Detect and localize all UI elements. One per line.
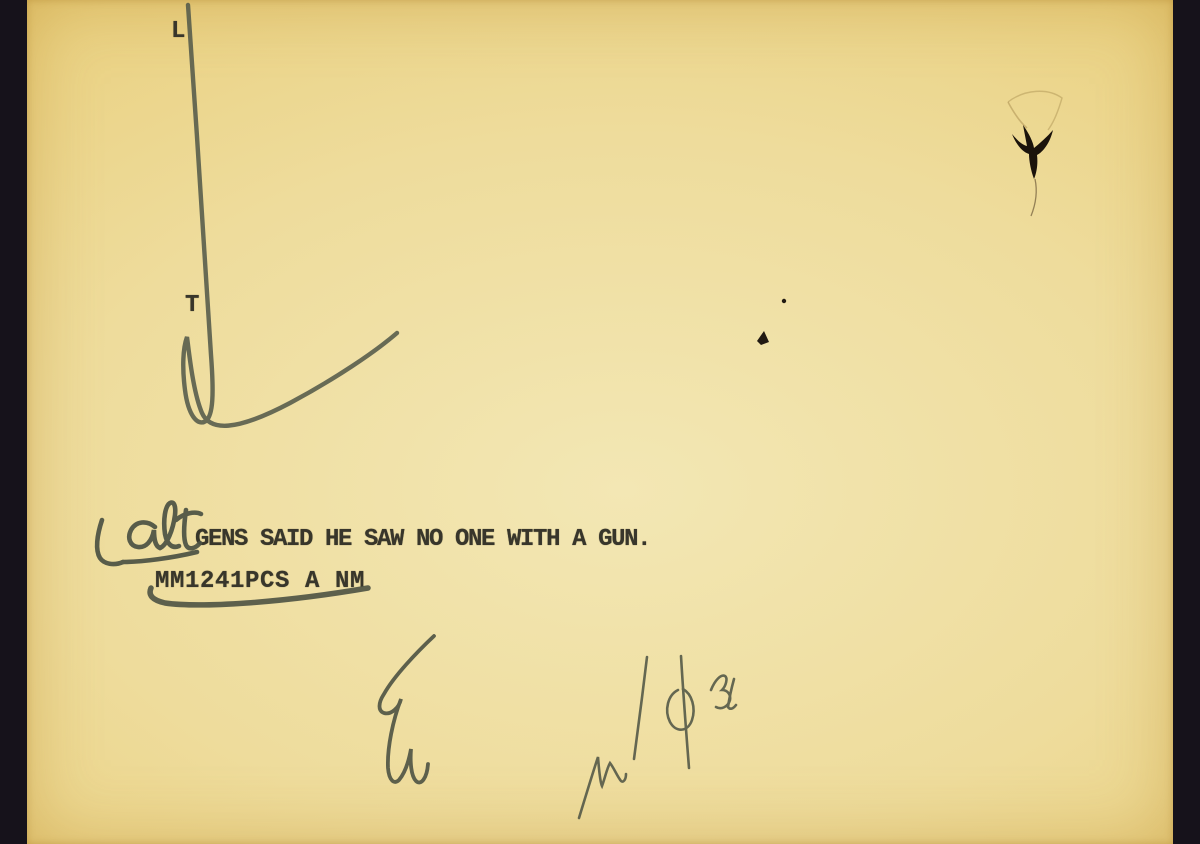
typed-id-line: MM1241PCS A NM: [155, 569, 365, 595]
typed-body-line: GENS SAID HE SAW NO ONE WITH A GUN.: [195, 527, 650, 553]
document-page: [27, 0, 1173, 844]
typed-margin-mark-bottom: T: [185, 294, 199, 318]
typed-margin-mark-top: L: [171, 20, 185, 44]
scanned-document: L T GENS SAID HE SAW NO ONE WITH A GUN. …: [0, 0, 1200, 844]
